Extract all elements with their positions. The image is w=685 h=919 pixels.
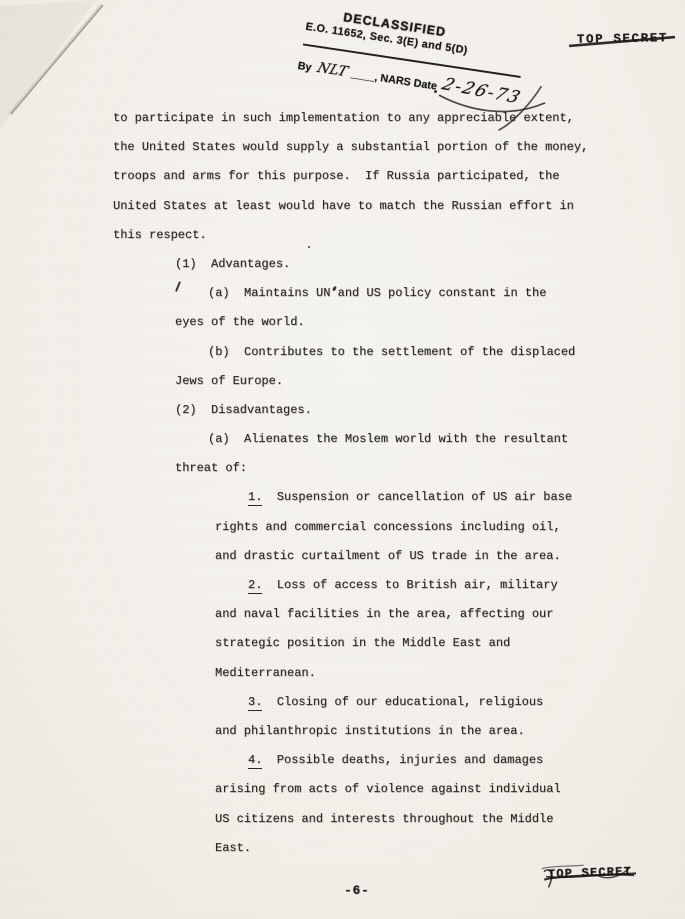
handwritten-signature: NLT — [315, 60, 350, 80]
text-line: eyes of the world. — [0, 308, 685, 337]
text-line: and naval facilities in the area, affect… — [0, 600, 685, 629]
text-line: (a) Alienates the Moslem world with the … — [0, 425, 685, 454]
text-line: (a) Maintains UN and US policy constant … — [0, 279, 685, 308]
text-line: US citizens and interests throughout the… — [0, 805, 685, 834]
ink-speck — [308, 246, 310, 248]
text-line: (b) Contributes to the settlement of the… — [0, 338, 685, 367]
top-secret-stamp-top: TOP SECRET — [577, 31, 668, 47]
text-line: and drastic curtailment of US trade in t… — [0, 542, 685, 571]
text-line: this respect. — [0, 221, 685, 250]
page-number: -6- — [344, 884, 370, 898]
text-line: and philanthropic institutions in the ar… — [0, 717, 685, 746]
top-secret-text: TOP SECRET — [577, 31, 668, 47]
text-line: Jews of Europe. — [0, 367, 685, 396]
text-line: strategic position in the Middle East an… — [0, 629, 685, 658]
item-number: 3. — [248, 695, 262, 711]
text-line: threat of: — [0, 454, 685, 483]
item-number: 2. — [248, 578, 262, 594]
text-line: (1) Advantages. — [0, 250, 685, 279]
nars-date-label: NARS Date — [380, 72, 438, 92]
text-line: troops and arms for this purpose. If Rus… — [0, 162, 685, 191]
top-secret-text: TOP SECRET — [548, 865, 632, 882]
text-line: Mediterranean. — [0, 659, 685, 688]
ink-speck — [434, 90, 437, 93]
document-body: to participate in such implementation to… — [0, 104, 685, 863]
declassification-stamp: DECLASSIFIED E.O. 11652, Sec. 3(E) and 5… — [293, 4, 551, 110]
item-number: 1. — [248, 490, 262, 506]
text-line: 1. Suspension or cancellation of US air … — [0, 483, 685, 512]
signature-blank: ____, — [350, 68, 379, 84]
text-line: 3. Closing of our educational, religious — [0, 688, 685, 717]
top-secret-stamp-bottom: TOP SECRET — [548, 865, 632, 882]
text-line: East. — [0, 834, 685, 863]
by-label: By — [297, 60, 312, 74]
text-line: the United States would supply a substan… — [0, 133, 685, 162]
text-line: 4. Possible deaths, injuries and damages — [0, 746, 685, 775]
handwritten-date: 2-26-73 — [438, 75, 524, 108]
text-line: to participate in such implementation to… — [0, 104, 685, 133]
text-line: (2) Disadvantages. — [0, 396, 685, 425]
text-line: arising from acts of violence against in… — [0, 775, 685, 804]
scanned-document-page: DECLASSIFIED E.O. 11652, Sec. 3(E) and 5… — [0, 0, 685, 919]
text-line: United States at least would have to mat… — [0, 192, 685, 221]
item-number: 4. — [248, 753, 262, 769]
text-line: rights and commercial concessions includ… — [0, 513, 685, 542]
text-line: 2. Loss of access to British air, milita… — [0, 571, 685, 600]
